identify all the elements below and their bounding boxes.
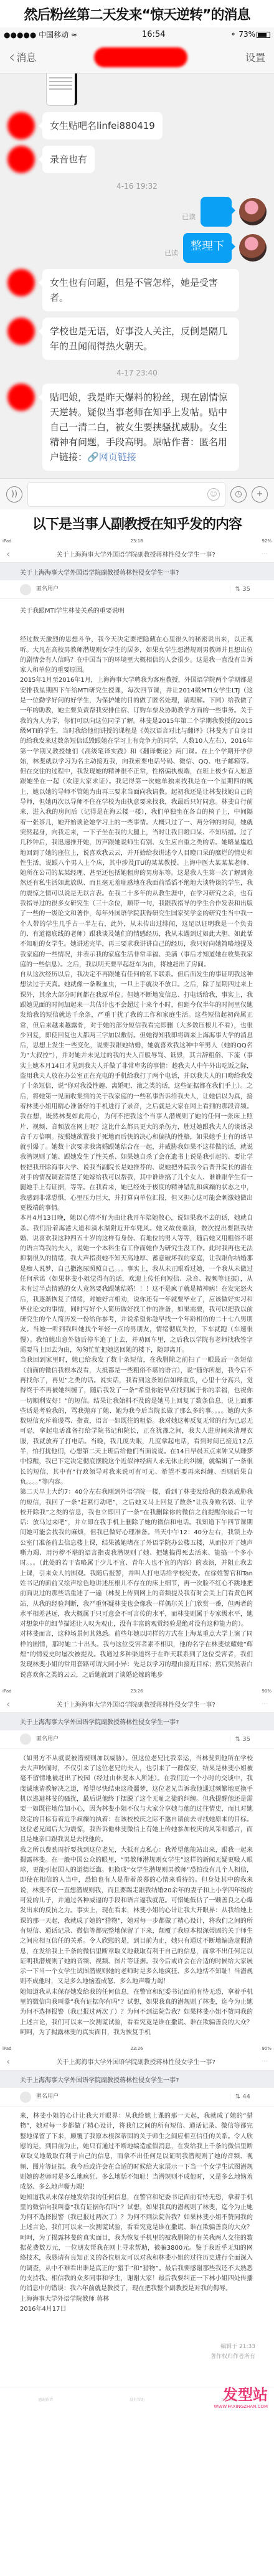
clock: 16:54 (142, 30, 165, 39)
voice-icon[interactable]: )) (6, 486, 22, 502)
author-name: 匿名用户 (36, 1734, 230, 1742)
status-bar: ●●●●● 中国移动 ≈ 16:54 ⚬ 73% (0, 27, 274, 41)
rotation-lock-icon: ⚬ (230, 30, 236, 39)
avatar-redacted[interactable] (7, 384, 35, 411)
message-bubble-image[interactable] (201, 197, 232, 227)
paragraph: 经过数天激烈的思想斗争，我今天决定要把隐藏在心里很久的秘密说出来，以正视听。大凡… (20, 635, 253, 676)
timestamp: 4-16 19:32 (7, 182, 267, 191)
paragraph: 我之所以费劲周折要找到这位老兄，大抵有点私心：我希望他能站出来，跟我一起来揭露林… (20, 1846, 253, 1988)
author-name: 匿名用户 (36, 584, 230, 592)
back-button[interactable]: ‹ 消息 (9, 49, 36, 65)
zhihu-screenshot-1: iPad 23:18 92% ‹ 关于上海海事大学外国语学院副教授蒋林性侵女学生… (0, 537, 274, 1687)
question-title[interactable]: 关于上海海事大学外国语学院副教授蒋林性侵女学生一事? (0, 1713, 274, 1730)
avatar-self[interactable] (239, 234, 267, 262)
message-left: 女生贴吧名linfei880419 (7, 112, 267, 139)
middle-caption: 以下是当事人副教授在知乎发的内容 (0, 509, 274, 537)
message-left: 贴吧娘，我是昨天爆料的粉丝，现在剧情惊天逆转。疑似当事老师在知乎上发帖。贴中自己… (7, 384, 267, 471)
avatar-redacted[interactable] (7, 318, 35, 345)
anonymous-avatar (20, 1734, 31, 1745)
avatar-self[interactable] (239, 198, 267, 225)
timestamp: 4-17 23:40 (7, 369, 267, 377)
message-bubble[interactable]: 整理下 (183, 233, 232, 263)
web-link[interactable]: 🔗网页链接 (87, 451, 136, 463)
signature-date: 2016年4月17日 (20, 2305, 253, 2314)
message-bubble[interactable]: 女生也有问题，但是不管怎样，她是受害者。 (42, 269, 239, 311)
redacted-contact-name (94, 47, 187, 67)
message-bubble[interactable]: 女生贴吧名linfei880419 (42, 112, 163, 139)
anonymous-avatar (20, 584, 31, 595)
watermark-url: WWW.FAXINGZHAN.COM (214, 2404, 268, 2409)
ipad-nav-bar: ‹ 关于上海海事大学外国语学院副教授蒋林性侵女学生一事? ⋯ (0, 1696, 274, 1713)
nav-bar: ‹ 消息 设置 (0, 41, 274, 73)
author-row: 匿名用户 ⇅ 44 (0, 2088, 274, 2107)
answer-heading: 关于我跟MTI学生林斐关系的重要说明 (20, 606, 253, 616)
battery-percent: 73% (239, 30, 255, 39)
wifi-icon: ≈ (71, 31, 77, 39)
input-bar: )) ☺ ◷ + (0, 478, 274, 509)
anonymous-avatar (20, 2092, 31, 2103)
avatar-redacted[interactable] (7, 146, 35, 173)
message-left: 录音也有 (7, 146, 267, 173)
chat-screenshot: ●●●●● 中国移动 ≈ 16:54 ⚬ 73% ‹ 消息 设置 女生贴吧名li… (0, 27, 274, 509)
ipad-status-bar: iPad 23:18 92% (0, 537, 274, 545)
avatar-redacted[interactable] (7, 112, 35, 139)
upvote-count[interactable]: ⇅ 35 (230, 586, 250, 593)
settings-button[interactable]: 设置 (245, 50, 265, 64)
zhihu-screenshot-3: iPad 23:26 90% ‹ 关于上海海事大学外国语学院副教授蒋林性侵女学生… (0, 2044, 274, 2412)
not-helpful-button[interactable]: 没有帮助 (130, 2397, 144, 2402)
ipad-status-bar: iPad 23:26 90% (0, 2044, 274, 2053)
paragraph: 对林斐而言，这种场景何其熟悉。前些年她以同样的方式在上海某重点大学上演了同样的剧… (20, 1630, 253, 1680)
nav-title: 关于上海海事大学外国语学院副教授蒋林性侵女学生一事? (57, 549, 215, 559)
top-caption: 然后粉丝第二天发来“惊天逆转”的消息 (0, 0, 274, 27)
back-chevron-icon[interactable]: ‹ (6, 2055, 10, 2067)
signature: 上海海事大学外语学院教师 蒋林 (20, 2295, 253, 2305)
answer-action-bar: 感谢作者 没有帮助 加入收藏 发型站 WWW.FAXINGZHAN.COM (0, 2387, 274, 2412)
message-input[interactable]: ☺ (27, 482, 225, 507)
battery-icon (257, 32, 270, 38)
answer-body: （如男方不从就说被潜规则加以威胁）。但这位老兄比我幸运，当林斐到他所在学校去大声… (0, 1749, 274, 2044)
emoji-icon[interactable]: ☺ (207, 488, 220, 501)
back-label: 消息 (16, 50, 36, 64)
paragraph: 自从这次经历以后，我决定不再跟她有任何的私下联系。但后面发生的事证明我这种想法过… (20, 970, 253, 1214)
upvote-count[interactable]: ⇅ 35 (230, 1736, 250, 1743)
chat-history[interactable]: 女生贴吧名linfei880419 录音也有 4-16 19:32 已读 已读 … (0, 73, 274, 478)
author-name: 匿名用户 (36, 2092, 230, 2100)
paragraph: 她知道我从未保存她发给我的任何信息，在警官和纪委书记面前有恃无恐，拿着手机里的微… (20, 2193, 253, 2295)
back-chevron-icon[interactable]: ‹ (6, 1698, 10, 1710)
paragraph: 2015年1月至2016年1月，上海海事大学聘我为客座教授，外国语学院两个学期都… (20, 676, 253, 970)
author-row: 匿名用户 ⇅ 35 (0, 1730, 274, 1749)
author-row: 匿名用户 ⇅ 35 (0, 580, 274, 599)
plus-icon[interactable]: + (252, 486, 268, 502)
question-title[interactable]: 关于上海海事大学外国语学院副教授蒋林性侵女学生一事? (0, 563, 274, 580)
carrier: ●●●●● 中国移动 (4, 31, 68, 39)
answer-body: 来，林斐小姐的心计让我大开眼界：从我给她上课的那一天起，我就成了她的“猎物”，她… (0, 2107, 274, 2321)
thank-author-button[interactable]: 感谢作者 (38, 2397, 53, 2402)
watermark-logo: 发型站 (223, 2382, 268, 2404)
read-receipt: 已读 (164, 248, 178, 258)
ipad-nav-bar: ‹ 关于上海海事大学外国语学院副教授蒋林性侵女学生一事? ⋯ (0, 2053, 274, 2070)
paragraph: 来，林斐小姐的心计让我大开眼界：从我给她上课的那一天起，我就成了她的“猎物”，她… (20, 2111, 253, 2192)
clock-icon[interactable]: ◷ (230, 486, 247, 502)
ipad-nav-bar: ‹ 关于上海海事大学外国语学院副教授蒋林性侵女学生一事? ⋯ (0, 545, 274, 563)
more-icon[interactable]: ⋯ (262, 2058, 268, 2065)
zhihu-screenshot-2: iPad 23:26 90% ‹ 关于上海海事大学外国语学院副教授蒋林性侵女学生… (0, 1687, 274, 2044)
paragraph: 第二天早上大约7：40分左右我刚到外语学院一楼，看到了林斐发给我的数条威胁我的短… (20, 1488, 253, 1630)
message-left: 学校也是无语，好事没人关注，反倒是隔几年的丑闻闹得热火朝天。 (7, 318, 267, 360)
nav-title: 关于上海海事大学外国语学院副教授蒋林性侵女学生一事? (57, 1699, 215, 1709)
message-bubble[interactable]: 贴吧娘，我是昨天爆料的粉丝，现在剧情惊天逆转。疑似当事老师在知乎上发帖。贴中自己… (42, 384, 239, 471)
avatar-redacted[interactable] (7, 269, 35, 296)
back-chevron-icon[interactable]: ‹ (6, 548, 10, 560)
paragraph: 本月4月13日晚，她以心情不好为由让我开车陪她散心，说如果我不去的话，她就自杀。… (20, 1214, 253, 1356)
edit-info: 编辑于 21:33 著作权归作者所有 (0, 2342, 274, 2362)
chevron-left-icon: ‹ (9, 49, 15, 65)
upvote-count[interactable]: ⇅ 44 (230, 2093, 250, 2100)
ipad-status-bar: iPad 23:26 90% (0, 1687, 274, 1696)
paragraph: 她知道我从未保存她发给我的任何信息，在警官和纪委书记面前有恃无恐，拿着手机里的微… (20, 1988, 253, 2038)
message-bubble[interactable]: 学校也是无语，好事没人关注，反倒是隔几年的丑闻闹得热火朝天。 (42, 318, 239, 360)
site-watermark: 发型站 WWW.FAXINGZHAN.COM (214, 2382, 268, 2409)
message-right: 已读 (7, 197, 267, 227)
answer-body: 关于我跟MTI学生林斐关系的重要说明 经过数天激烈的思想斗争，我今天决定要把隐藏… (0, 599, 274, 1687)
question-title[interactable]: 关于上海海事大学外国语学院副教授蒋林性侵女学生一事? (0, 2070, 274, 2088)
more-icon[interactable]: ⋯ (262, 1701, 268, 1707)
message-bubble[interactable]: 录音也有 (42, 146, 95, 173)
nav-title: 关于上海海事大学外国语学院副教授蒋林性侵女学生一事? (57, 2057, 215, 2066)
read-receipt: 已读 (182, 212, 196, 222)
message-right: 已读 整理下 (7, 233, 267, 263)
more-icon[interactable]: ⋯ (262, 550, 268, 557)
paragraph: 当我回到家里时，她已给我发了数十条短信，在我删除之前扫了一眼最后一条短信（前面的… (20, 1356, 253, 1488)
message-left: 女生也有问题，但是不管怎样，她是受害者。 (7, 269, 267, 311)
image-message-thumbnail[interactable] (46, 73, 77, 106)
paragraph: （如男方不从就说被潜规则加以威胁）。但这位老兄比我幸运，当林斐到他所在学校去大声… (20, 1754, 253, 1846)
